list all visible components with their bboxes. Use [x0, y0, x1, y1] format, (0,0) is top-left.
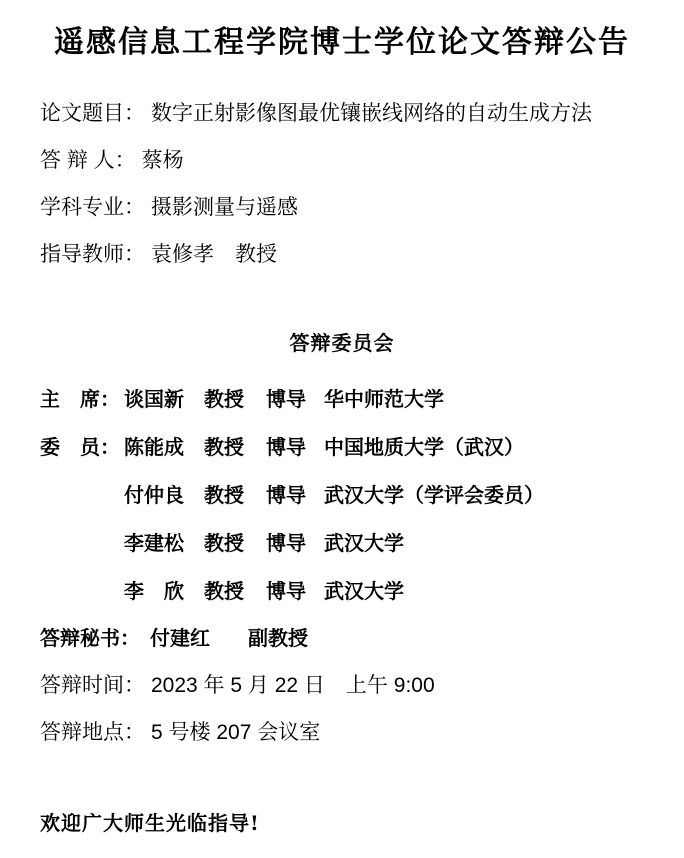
major-value: 摄影测量与遥感	[151, 191, 298, 221]
thesis-title-line: 论文题目： 数字正射影像图最优镶嵌线网络的自动生成方法	[40, 88, 684, 135]
advisor-line: 指导教师： 袁修孝 教授	[40, 229, 684, 276]
committee-member-name: 李建松	[124, 527, 204, 556]
committee-heading: 答辩委员会	[0, 331, 684, 355]
committee-member-org: 武汉大学	[324, 575, 684, 604]
schedule-block: 答辩时间： 2023 年 5 月 22 日 上午 9:00 答辩地点： 5 号楼…	[40, 660, 684, 754]
major-line: 学科专业： 摄影测量与遥感	[40, 182, 684, 229]
defense-time-label: 答辩时间：	[40, 669, 145, 699]
defender-value: 蔡杨	[142, 144, 184, 174]
defender-label: 答 辩 人：	[40, 144, 136, 174]
welcome-footer: 欢迎广大师生光临指导!	[40, 809, 684, 837]
committee-role: 委 员：	[40, 431, 124, 460]
committee-member-title: 教授	[204, 527, 266, 556]
committee-member-org: 武汉大学	[324, 527, 684, 556]
committee-member-tutor: 博导	[266, 575, 324, 604]
defense-time-value: 2023 年 5 月 22 日 上午 9:00	[151, 669, 435, 699]
committee-member-name: 谈国新	[124, 383, 204, 412]
committee-row-member: 李 欣 教授 博导 武汉大学	[40, 565, 684, 613]
major-label: 学科专业：	[40, 191, 145, 221]
secretary-title: 副教授	[248, 622, 308, 651]
committee-member-org: 中国地质大学（武汉）	[324, 431, 684, 460]
committee-member-tutor: 博导	[266, 431, 324, 460]
defense-location-line: 答辩地点： 5 号楼 207 会议室	[40, 707, 684, 754]
committee-member-title: 教授	[204, 383, 266, 412]
secretary-label: 答辩秘书：	[40, 622, 140, 651]
secretary-line: 答辩秘书： 付建红 副教授	[40, 613, 684, 660]
defense-announcement-document: 遥感信息工程学院博士学位论文答辩公告 论文题目： 数字正射影像图最优镶嵌线网络的…	[0, 0, 684, 858]
committee-table: 主 席： 谈国新 教授 博导 华中师范大学 委 员： 陈能成 教授 博导 中国地…	[40, 373, 684, 613]
committee-member-title: 教授	[204, 575, 266, 604]
committee-role: 主 席：	[40, 383, 124, 412]
committee-member-title: 教授	[204, 479, 266, 508]
thesis-title-value: 数字正射影像图最优镶嵌线网络的自动生成方法	[151, 97, 592, 127]
committee-member-org: 武汉大学（学评会委员）	[324, 479, 684, 508]
committee-member-name: 付仲良	[124, 479, 204, 508]
defense-time-line: 答辩时间： 2023 年 5 月 22 日 上午 9:00	[40, 660, 684, 707]
committee-row-member: 付仲良 教授 博导 武汉大学（学评会委员）	[40, 469, 684, 517]
defense-location-value: 5 号楼 207 会议室	[151, 716, 320, 746]
defender-line: 答 辩 人： 蔡杨	[40, 135, 684, 182]
info-block: 论文题目： 数字正射影像图最优镶嵌线网络的自动生成方法 答 辩 人： 蔡杨 学科…	[40, 88, 684, 276]
committee-member-title: 教授	[204, 431, 266, 460]
committee-row-chair: 主 席： 谈国新 教授 博导 华中师范大学	[40, 373, 684, 421]
defense-location-label: 答辩地点：	[40, 716, 145, 746]
advisor-value: 袁修孝 教授	[151, 238, 277, 268]
advisor-label: 指导教师：	[40, 238, 145, 268]
page-title: 遥感信息工程学院博士学位论文答辩公告	[0, 22, 684, 64]
committee-member-tutor: 博导	[266, 383, 324, 412]
committee-member-tutor: 博导	[266, 527, 324, 556]
committee-member-org: 华中师范大学	[324, 383, 684, 412]
committee-member-tutor: 博导	[266, 479, 324, 508]
secretary-name: 付建红	[150, 622, 210, 651]
committee-row-member: 李建松 教授 博导 武汉大学	[40, 517, 684, 565]
committee-member-name: 陈能成	[124, 431, 204, 460]
committee-row-member: 委 员： 陈能成 教授 博导 中国地质大学（武汉）	[40, 421, 684, 469]
thesis-title-label: 论文题目：	[40, 97, 145, 127]
committee-member-name: 李 欣	[124, 575, 204, 604]
